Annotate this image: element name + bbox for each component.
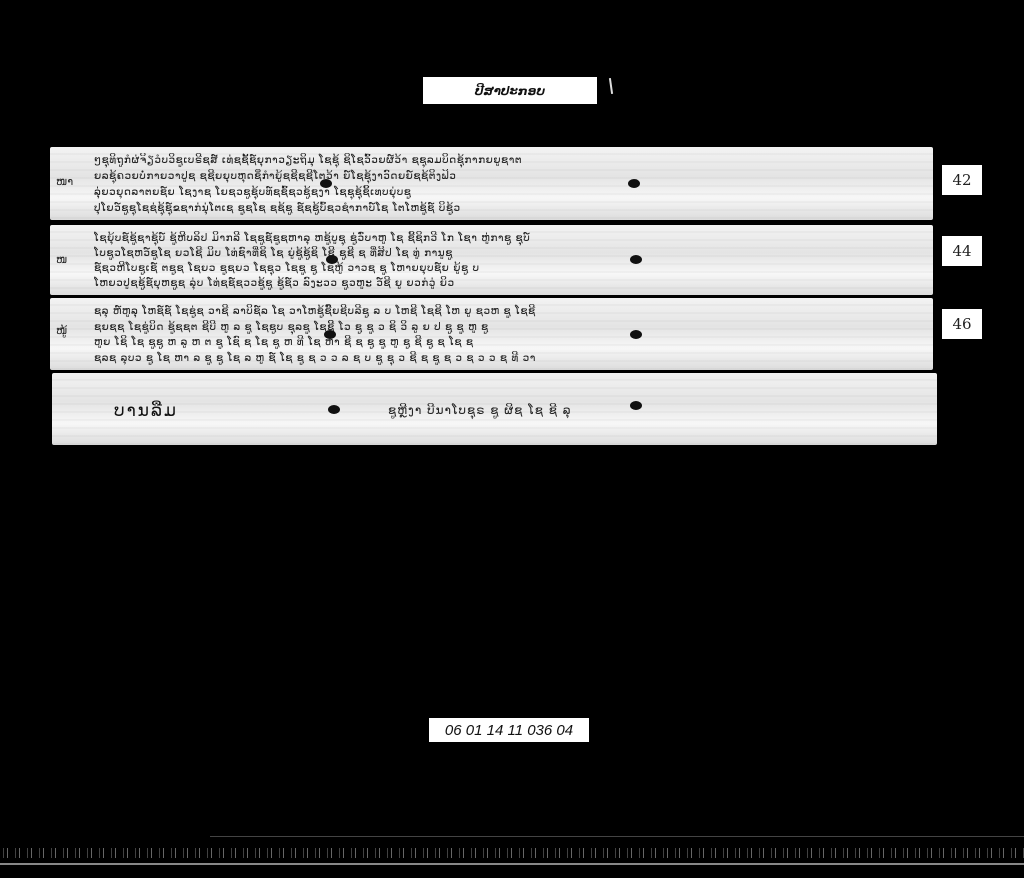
page-number-46: 46 [942, 309, 982, 339]
palm-leaf-2: ໜ ໂຊຍຸ້ບຊ໌ຊູ້ຊາຊຸ້ບ໌ ຊູ້ຫີບລິປ ມິາກລີ ໂຊ… [50, 225, 933, 295]
tick-mark [609, 78, 613, 94]
title-label-text: ປີສາປະກອບ [475, 84, 545, 98]
binding-hole-icon [630, 255, 642, 264]
palm-leaf-3: ໜູ້ ຊລຸ ຫ໌ຫູລຸ ໂຫຊ໌ຊ໌ ໂຊຊູ່ຊ ວາຊີ ລາບິຊ໌… [50, 298, 933, 370]
binding-hole-icon [630, 330, 642, 339]
page-number-44: 44 [942, 236, 982, 266]
leaf-line: ຊລຸ ຫ໌ຫູລຸ ໂຫຊ໌ຊ໌ ໂຊຊູ່ຊ ວາຊີ ລາບິຊ໌ລ ໂຊ… [94, 304, 919, 319]
leaf-line: ຍລຊຸ້ຄວຍບໍ່ກາຍວາປູຊ ຊຊີຍຍຸບຫຸດຊິ່ກຳຍູ້ຊຊ… [94, 169, 919, 184]
leaf-text-block: ຊລຸ ຫ໌ຫູລຸ ໂຫຊ໌ຊ໌ ໂຊຊູ່ຊ ວາຊີ ລາບິຊ໌ລ ໂຊ… [94, 304, 919, 366]
binding-hole-icon [326, 255, 338, 264]
binding-hole-icon [328, 405, 340, 414]
binding-hole-icon [320, 179, 332, 188]
binding-hole-icon [324, 330, 336, 339]
leaf-line: ໆຊຸທິຖູກໍຜ່ຈິຽວໍບວິຊູເບຣີຊສ໌ ເທ່ຊຊັ້ຊ໌ຍຸ… [94, 153, 919, 168]
leaf-line: ຫູຍ ໂຊິ ໂຊ ຊູຊູ ຫ ລູ ຫ ຕ ຊູ ໂຊົ ຊ ໂຊ ຊູ … [94, 335, 919, 350]
leaf-line: ໂຫຍວປູຊຊູ້ຊ໌ຍຸຫຊູຊ ລຸ່ບ ໂທ່ຊຊ໌ຊວວຊູ້ຊູ ຊ… [94, 276, 919, 291]
leaf-line: ຊລຊ ລຸບວ ຊູ ໂຊ ຫາ ລ ຊູ ຊູ ໂຊ ລ ຫູ ຊ໌ ໂຊ … [94, 351, 919, 366]
film-line [210, 836, 1024, 837]
palm-leaf-final: ບານລືມ ຊູຫຼີງາ ບີນາໂບຊຸຣ ຊູ ຜິຊ ໂຊ ຊີ ລຸ [52, 373, 937, 445]
leaf-index-mark: ໜູ້ [56, 324, 67, 337]
leaf-line: ຊຍຊຊ ໂຊຊູ່ບິດ ຊູ້ຊຊຕ ຊີບີ ຫູ ລ ຊູ ໂຊຊູບ … [94, 320, 919, 335]
leaf-index-mark: ໜາ [56, 175, 73, 188]
page-number-42: 42 [942, 165, 982, 195]
leaf-text-block: ໆຊຸທິຖູກໍຜ່ຈິຽວໍບວິຊູເບຣີຊສ໌ ເທ່ຊຊັ້ຊ໌ຍຸ… [94, 153, 919, 216]
id-label-text: 06 01 14 11 036 04 [445, 722, 573, 739]
leaf-index-mark: ໜ [56, 253, 67, 266]
leaf-line: ໂບຊູວໂຊຫວ໌ຊູໂຊ ຍວໂຊີ ມິບ ໂທ່ຊົາທີ່ຊິ ໂຊ … [94, 246, 919, 261]
leaf-line: ລຸ່ຍວຍຸດລາຕຍຊ໌ຍ ໂຊງາຊ ໂຍຊວຊູຊຸ້ບທ໌ຊຊົ້ຊວ… [94, 185, 919, 200]
leaf-line: ໂຊຍຸ້ບຊ໌ຊູ້ຊາຊຸ້ບ໌ ຊູ້ຫີບລິປ ມິາກລີ ໂຊຊູ… [94, 231, 919, 246]
final-leaf-title: ບານລືມ [114, 401, 178, 421]
leaf-text-block: ໂຊຍຸ້ບຊ໌ຊູ້ຊາຊຸ້ບ໌ ຊູ້ຫີບລິປ ມິາກລີ ໂຊຊູ… [94, 231, 919, 291]
final-leaf-text: ຊູຫຼີງາ ບີນາໂບຊຸຣ ຊູ ຜິຊ ໂຊ ຊີ ລຸ [388, 403, 572, 417]
title-label: ປີສາປະກອບ [423, 77, 597, 104]
palm-leaf-1: ໜາ ໆຊຸທິຖູກໍຜ່ຈິຽວໍບວິຊູເບຣີຊສ໌ ເທ່ຊຊັ້ຊ… [50, 147, 933, 220]
binding-hole-icon [630, 401, 642, 410]
leaf-line: ປຸໂຍວ໌ຊູຊຸໂຊຊ່ຊຸ້ຊຸ໌ຂຊາກ່ນຸ່ໂຕເຊ ຊູຊໂຊ ຊ… [94, 201, 919, 216]
binding-hole-icon [628, 179, 640, 188]
leaf-line: ຊ໌ຊວຫີໂບຊູເຊ໌ ຕຊູຊ ໂຊຍວ ຊູຊຍວ ໂຊຊຸວ ໂຊຊູ… [94, 261, 919, 276]
film-line [0, 863, 1024, 865]
id-label: 06 01 14 11 036 04 [429, 718, 589, 742]
film-edge [0, 848, 1024, 858]
